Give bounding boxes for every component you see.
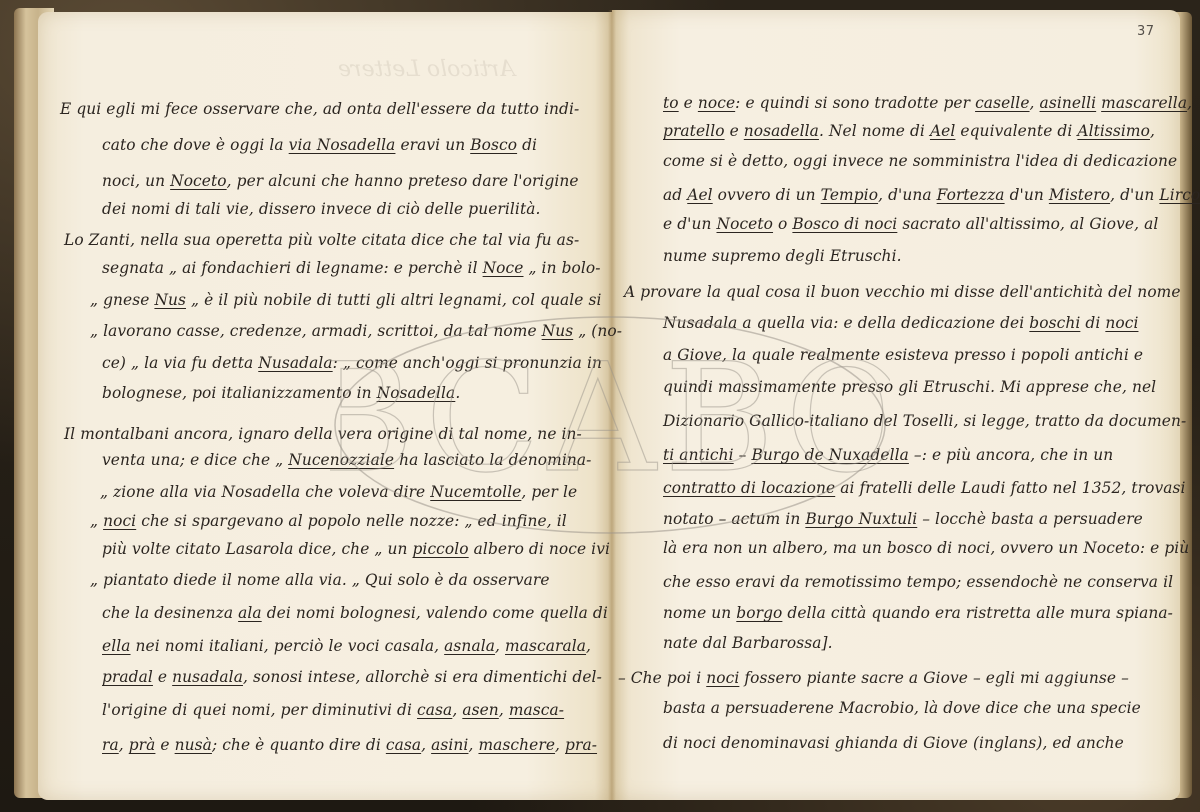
text-segment: noci, un xyxy=(102,172,170,190)
manuscript-line: Dizionario Gallico-italiano del Toselli,… xyxy=(663,411,1186,431)
manuscript-line: nume supremo degli Etruschi. xyxy=(663,246,902,266)
text-segment: – locchè basta a persuadere xyxy=(917,510,1143,528)
text-segment: „ in bolo- xyxy=(523,259,600,277)
text-segment: , d'un xyxy=(1110,186,1159,204)
text-segment: , per le xyxy=(521,483,577,501)
text-segment: ; che è quanto dire di xyxy=(212,736,386,754)
underlined-word: caselle xyxy=(975,94,1029,112)
manuscript-line: segnata „ ai fondachieri di legname: e p… xyxy=(102,258,601,278)
underlined-word: Mistero xyxy=(1049,186,1110,204)
underlined-word: Nosadella xyxy=(377,384,456,402)
underlined-word: Nusadala xyxy=(258,354,332,372)
text-segment: E qui egli mi fece osservare che, ad ont… xyxy=(60,100,579,118)
text-segment: che esso eravi da remotissimo tempo; ess… xyxy=(663,573,1173,591)
text-segment: dei nomi di tali vie, dissero invece di … xyxy=(102,200,541,218)
manuscript-line: l'origine di quei nomi, per diminutivi d… xyxy=(102,700,564,720)
underlined-word: Tempio xyxy=(821,186,878,204)
text-segment: di xyxy=(1080,314,1105,332)
manuscript-line: Il montalbani ancora, ignaro della vera … xyxy=(64,424,582,444)
underlined-word: to xyxy=(663,94,679,112)
text-segment: d'un xyxy=(1005,186,1049,204)
manuscript-line: più volte citato Lasarola dice, che „ un… xyxy=(102,539,610,559)
underlined-word: casa xyxy=(386,736,421,754)
manuscript-line: ra, prà e nusà; che è quanto dire di cas… xyxy=(102,735,597,755)
text-segment: a Giove, la quale realmente esisteva pre… xyxy=(663,346,1143,364)
text-segment: , xyxy=(1150,122,1155,140)
manuscript-line: come si è detto, oggi invece ne somminis… xyxy=(663,151,1177,171)
underlined-word: boschi xyxy=(1029,314,1080,332)
text-segment: e d'un xyxy=(663,215,717,233)
manuscript-line: ti antichi – Burgo de Nuxadella –: e più… xyxy=(663,445,1113,465)
underlined-word: ti antichi xyxy=(663,446,734,464)
text-segment: e xyxy=(155,736,174,754)
text-segment: e xyxy=(679,94,698,112)
underlined-word: Burgo Nuxtuli xyxy=(805,510,917,528)
underlined-word: pradal xyxy=(102,668,153,686)
manuscript-line: – Che poi i noci fossero piante sacre a … xyxy=(618,668,1129,688)
text-segment: , xyxy=(1187,94,1192,112)
text-segment: „ (no- xyxy=(573,322,622,340)
underlined-word: noci xyxy=(103,512,136,530)
manuscript-line: „ lavorano casse, credenze, armadi, scri… xyxy=(90,321,622,341)
text-segment: Il montalbani ancora, ignaro della vera … xyxy=(64,425,582,443)
underlined-word: mascarala xyxy=(505,637,586,655)
manuscript-line: „ zione alla via Nosadella che voleva di… xyxy=(100,482,577,502)
underlined-word: contratto di locazione xyxy=(663,479,835,497)
text-segment: , d'una xyxy=(878,186,937,204)
text-segment: l'origine di quei nomi, per diminutivi d… xyxy=(102,701,417,719)
underlined-word: ra xyxy=(102,736,119,754)
text-segment: più volte citato Lasarola dice, che „ un xyxy=(102,540,412,558)
text-segment: : „ come anch'oggi si pronunzia in xyxy=(333,354,602,372)
manuscript-line: Lo Zanti, nella sua operetta più volte c… xyxy=(64,230,579,250)
text-segment: „ lavorano casse, credenze, armadi, scri… xyxy=(90,322,542,340)
text-segment: sacrato all'altissimo, al Giove, al xyxy=(897,215,1158,233)
manuscript-line: quindi massimamente presso gli Etruschi.… xyxy=(663,377,1156,397)
underlined-word: piccolo xyxy=(412,540,468,558)
manuscript-line: venta una; e dice che „ Nucenozziale ha … xyxy=(102,450,591,470)
text-segment: , xyxy=(1030,94,1040,112)
text-segment: segnata „ ai fondachieri di legname: e p… xyxy=(102,259,483,277)
text-segment: quindi massimamente presso gli Etruschi.… xyxy=(663,378,1156,396)
underlined-word: Noce xyxy=(483,259,524,277)
underlined-word: pratello xyxy=(663,122,725,140)
text-segment: eravi un xyxy=(395,136,470,154)
manuscript-line: ella nei nomi italiani, perciò le voci c… xyxy=(102,636,591,656)
text-segment: equivalente di xyxy=(955,122,1077,140)
underlined-word: ala xyxy=(238,604,262,622)
manuscript-line: noci, un Noceto, per alcuni che hanno pr… xyxy=(102,171,579,191)
bleed-through-text: Articolo Lettere xyxy=(338,57,515,82)
underlined-word: Nus xyxy=(154,291,186,309)
manuscript-line: nate dal Barbarossa]. xyxy=(663,633,833,653)
manuscript-line: pratello e nosadella. Nel nome di Ael eq… xyxy=(663,121,1155,141)
manuscript-line: Nusadala a quella via: e della dedicazio… xyxy=(663,313,1138,333)
manuscript-line: ad Ael ovvero di un Tempio, d'una Fortez… xyxy=(663,185,1200,205)
manuscript-line: notato – actum in Burgo Nuxtuli – locchè… xyxy=(663,509,1143,529)
underlined-word: Altissimo xyxy=(1077,122,1150,140)
text-segment: „ è il più nobile di tutti gli altri leg… xyxy=(186,291,602,309)
underlined-word: Nucemtolle xyxy=(430,483,521,501)
underlined-word: mascarella xyxy=(1101,94,1187,112)
text-segment: che si spargevano al popolo nelle nozze:… xyxy=(136,512,567,530)
text-segment: ovvero di un xyxy=(713,186,821,204)
text-segment: , xyxy=(119,736,129,754)
underlined-word: nusadala xyxy=(172,668,243,686)
text-segment: della città quando era ristretta alle mu… xyxy=(782,604,1173,622)
text-segment: che la desinenza xyxy=(102,604,238,622)
text-segment: dei nomi bolognesi, valendo come quella … xyxy=(262,604,608,622)
manuscript-line: E qui egli mi fece osservare che, ad ont… xyxy=(60,99,579,119)
text-segment: , xyxy=(452,701,462,719)
text-segment: , xyxy=(421,736,431,754)
underlined-word: Bosco di noci xyxy=(792,215,897,233)
underlined-word: noci xyxy=(706,669,739,687)
underlined-word: masca- xyxy=(509,701,564,719)
underlined-word: noce xyxy=(698,94,735,112)
underlined-word: nusà xyxy=(175,736,212,754)
text-segment: e xyxy=(725,122,744,140)
manuscript-line: cato che dove è oggi la via Nosadella er… xyxy=(102,135,537,155)
text-segment: ce) „ la via fu detta xyxy=(102,354,258,372)
manuscript-line: là era non un albero, ma un bosco di noc… xyxy=(663,538,1189,558)
text-segment: , xyxy=(468,736,478,754)
manuscript-line: bolognese, poi italianizzamento in Nosad… xyxy=(102,383,460,403)
text-segment: basta a persuaderene Macrobio, là dove d… xyxy=(663,699,1141,717)
underlined-word: Ael xyxy=(687,186,712,204)
manuscript-line: A provare la qual cosa il buon vecchio m… xyxy=(624,282,1181,302)
underlined-word: casa xyxy=(417,701,452,719)
text-segment: di xyxy=(517,136,537,154)
underlined-word: asinelli xyxy=(1040,94,1097,112)
text-segment: e xyxy=(153,668,172,686)
underlined-word: asen xyxy=(462,701,499,719)
text-segment: „ xyxy=(90,512,103,530)
underlined-word: noci xyxy=(1105,314,1138,332)
manuscript-line: pradal e nusadala, sonosi intese, allorc… xyxy=(102,667,602,687)
underlined-word: prà xyxy=(129,736,156,754)
text-segment: come si è detto, oggi invece ne somminis… xyxy=(663,152,1177,170)
text-segment: nate dal Barbarossa]. xyxy=(663,634,833,652)
underlined-word: Burgo de Nuxadella xyxy=(751,446,908,464)
text-segment: ha lasciato la denomina- xyxy=(394,451,591,469)
underlined-word: maschere xyxy=(478,736,555,754)
text-segment: „ piantato diede il nome alla via. „ Qui… xyxy=(90,571,550,589)
manuscript-line: to e noce: e quindi si sono tradotte per… xyxy=(663,93,1192,113)
manuscript-line: a Giove, la quale realmente esisteva pre… xyxy=(663,345,1143,365)
underlined-word: Ael xyxy=(930,122,955,140)
manuscript-line: „ piantato diede il nome alla via. „ Qui… xyxy=(90,570,550,590)
text-segment: fossero piante sacre a Giove – egli mi a… xyxy=(739,669,1129,687)
page-gutter xyxy=(608,10,616,800)
text-segment: : e quindi si sono tradotte per xyxy=(735,94,975,112)
manuscript-line: dei nomi di tali vie, dissero invece di … xyxy=(102,199,541,219)
manuscript-line: basta a persuaderene Macrobio, là dove d… xyxy=(663,698,1141,718)
text-segment: Dizionario Gallico-italiano del Toselli,… xyxy=(663,412,1186,430)
manuscript-line: che esso eravi da remotissimo tempo; ess… xyxy=(663,572,1173,592)
underlined-word: Noceto xyxy=(170,172,227,190)
manuscript-line: „ noci che si spargevano al popolo nelle… xyxy=(90,511,567,531)
manuscript-line: e d'un Noceto o Bosco di noci sacrato al… xyxy=(663,214,1158,234)
text-segment: o xyxy=(773,215,792,233)
text-segment: notato – actum in xyxy=(663,510,805,528)
underlined-word: nosadella xyxy=(744,122,819,140)
text-segment: , per alcuni che hanno preteso dare l'or… xyxy=(227,172,579,190)
text-segment: , xyxy=(495,637,505,655)
text-segment: Nusadala a quella via: e della dedicazio… xyxy=(663,314,1029,332)
text-segment: Lo Zanti, nella sua operetta più volte c… xyxy=(64,231,579,249)
underlined-word: asini xyxy=(431,736,468,754)
text-segment: –: e più ancora, che in un xyxy=(909,446,1113,464)
text-segment: „ gnese xyxy=(90,291,154,309)
underlined-word: Nus xyxy=(542,322,574,340)
underlined-word: Fortezza xyxy=(937,186,1005,204)
text-segment: bolognese, poi italianizzamento in xyxy=(102,384,377,402)
text-segment: ai fratelli delle Laudi fatto nel 1352, … xyxy=(835,479,1185,497)
underlined-word: Nucenozziale xyxy=(288,451,394,469)
manuscript-line: di noci denominavasi ghianda di Giove (i… xyxy=(663,733,1124,753)
manuscript-line: ce) „ la via fu detta Nusadala: „ come a… xyxy=(102,353,602,373)
text-segment: „ zione alla via Nosadella che voleva di… xyxy=(100,483,430,501)
underlined-word: Noceto xyxy=(717,215,774,233)
manuscript-line: nome un borgo della città quando era ris… xyxy=(663,603,1173,623)
text-segment: , xyxy=(555,736,565,754)
text-segment: nei nomi italiani, perciò le voci casala… xyxy=(131,637,445,655)
text-segment: cato che dove è oggi la xyxy=(102,136,289,154)
text-segment: nume supremo degli Etruschi. xyxy=(663,247,902,265)
underlined-word: Lirco xyxy=(1159,186,1200,204)
page-number: 37 xyxy=(1137,24,1155,39)
underlined-word: via Nosadella xyxy=(289,136,396,154)
text-segment: – xyxy=(734,446,752,464)
text-segment: . xyxy=(455,384,460,402)
text-segment: venta una; e dice che „ xyxy=(102,451,288,469)
underlined-word: asnala xyxy=(444,637,495,655)
underlined-word: ella xyxy=(102,637,131,655)
text-segment: – Che poi i xyxy=(618,669,706,687)
underlined-word: borgo xyxy=(736,604,782,622)
manuscript-line: contratto di locazione ai fratelli delle… xyxy=(663,478,1186,498)
text-segment: , xyxy=(499,701,509,719)
underlined-word: pra- xyxy=(565,736,597,754)
text-segment: A provare la qual cosa il buon vecchio m… xyxy=(624,283,1181,301)
text-segment: di noci denominavasi ghianda di Giove (i… xyxy=(663,734,1124,752)
text-segment: là era non un albero, ma un bosco di noc… xyxy=(663,539,1189,557)
text-segment: albero di noce ivi xyxy=(469,540,610,558)
text-segment: , sonosi intese, allorchè si era dimenti… xyxy=(243,668,602,686)
text-segment: . Nel nome di xyxy=(819,122,930,140)
text-segment: nome un xyxy=(663,604,736,622)
text-segment: , xyxy=(586,637,591,655)
text-segment: ad xyxy=(663,186,687,204)
manuscript-line: che la desinenza ala dei nomi bolognesi,… xyxy=(102,603,608,623)
underlined-word: Bosco xyxy=(470,136,517,154)
manuscript-line: „ gnese Nus „ è il più nobile di tutti g… xyxy=(90,290,602,310)
